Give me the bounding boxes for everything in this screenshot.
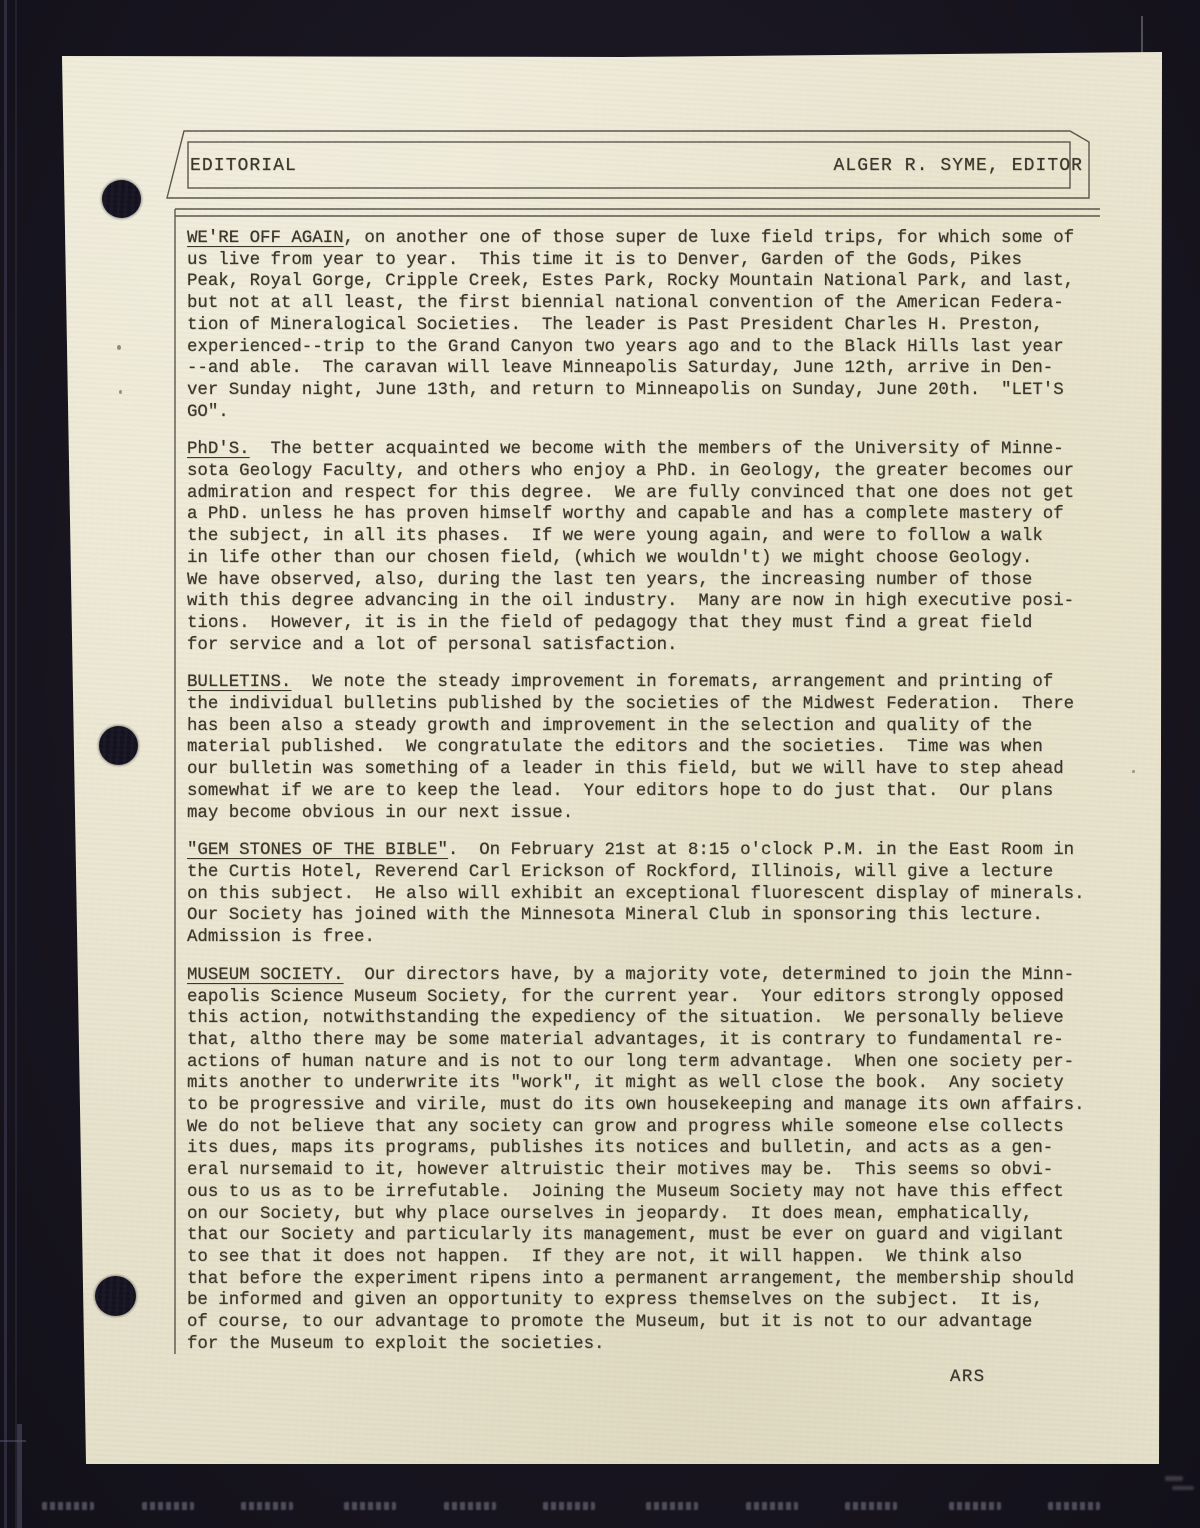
paragraph-bulletins: BULLETINS. We note the steady improvemen… xyxy=(187,672,1105,824)
scan-scratch xyxy=(0,1440,26,1442)
section-heading: "GEM STONES OF THE BIBLE" xyxy=(187,841,448,860)
paragraph-text: , on another one of those super de luxe … xyxy=(187,229,1074,422)
section-heading: WE'RE OFF AGAIN xyxy=(187,229,344,248)
paragraph-museum-society: MUSEUM SOCIETY. Our directors have, by a… xyxy=(187,965,1105,1356)
page-title: EDITORIAL xyxy=(190,156,297,176)
paragraph-phds: PhD'S. The better acquainted we become w… xyxy=(187,439,1105,656)
paragraph-field-trip: WE'RE OFF AGAIN, on another one of those… xyxy=(187,228,1105,423)
signature-initials: ARS xyxy=(950,1368,985,1387)
paragraph-text: We note the steady improvement in forema… xyxy=(187,673,1074,822)
section-heading: PhD'S. xyxy=(187,440,250,459)
underlying-page-perforation-marks xyxy=(0,1502,1200,1512)
scan-smudge xyxy=(1165,1476,1183,1481)
ink-speck xyxy=(119,390,122,394)
scan-edge-strip xyxy=(15,0,17,1528)
scanned-document: { "colors": { "paper": "#e9e4ce", "ink":… xyxy=(0,0,1200,1528)
ink-speck xyxy=(117,345,121,350)
scan-edge-strip xyxy=(4,0,7,1528)
section-heading: MUSEUM SOCIETY. xyxy=(187,966,344,985)
document-page: EDITORIAL ALGER R. SYME, EDITOR WE'RE OF… xyxy=(62,52,1162,1464)
paragraph-gem-stones: "GEM STONES OF THE BIBLE". On February 2… xyxy=(187,840,1105,949)
punch-hole xyxy=(102,180,141,218)
section-heading: BULLETINS. xyxy=(187,673,291,692)
editor-credit: ALGER R. SYME, EDITOR xyxy=(833,156,1083,176)
scan-smudge xyxy=(1172,1486,1194,1490)
editorial-body: WE'RE OFF AGAIN, on another one of those… xyxy=(187,228,1105,1355)
punch-hole xyxy=(99,726,138,765)
ink-speck xyxy=(1132,770,1135,773)
paragraph-text: Our directors have, by a majority vote, … xyxy=(187,966,1085,1354)
paragraph-text: The better acquainted we become with the… xyxy=(187,440,1074,654)
masthead: EDITORIAL ALGER R. SYME, EDITOR xyxy=(190,156,1083,184)
punch-hole xyxy=(95,1276,136,1316)
